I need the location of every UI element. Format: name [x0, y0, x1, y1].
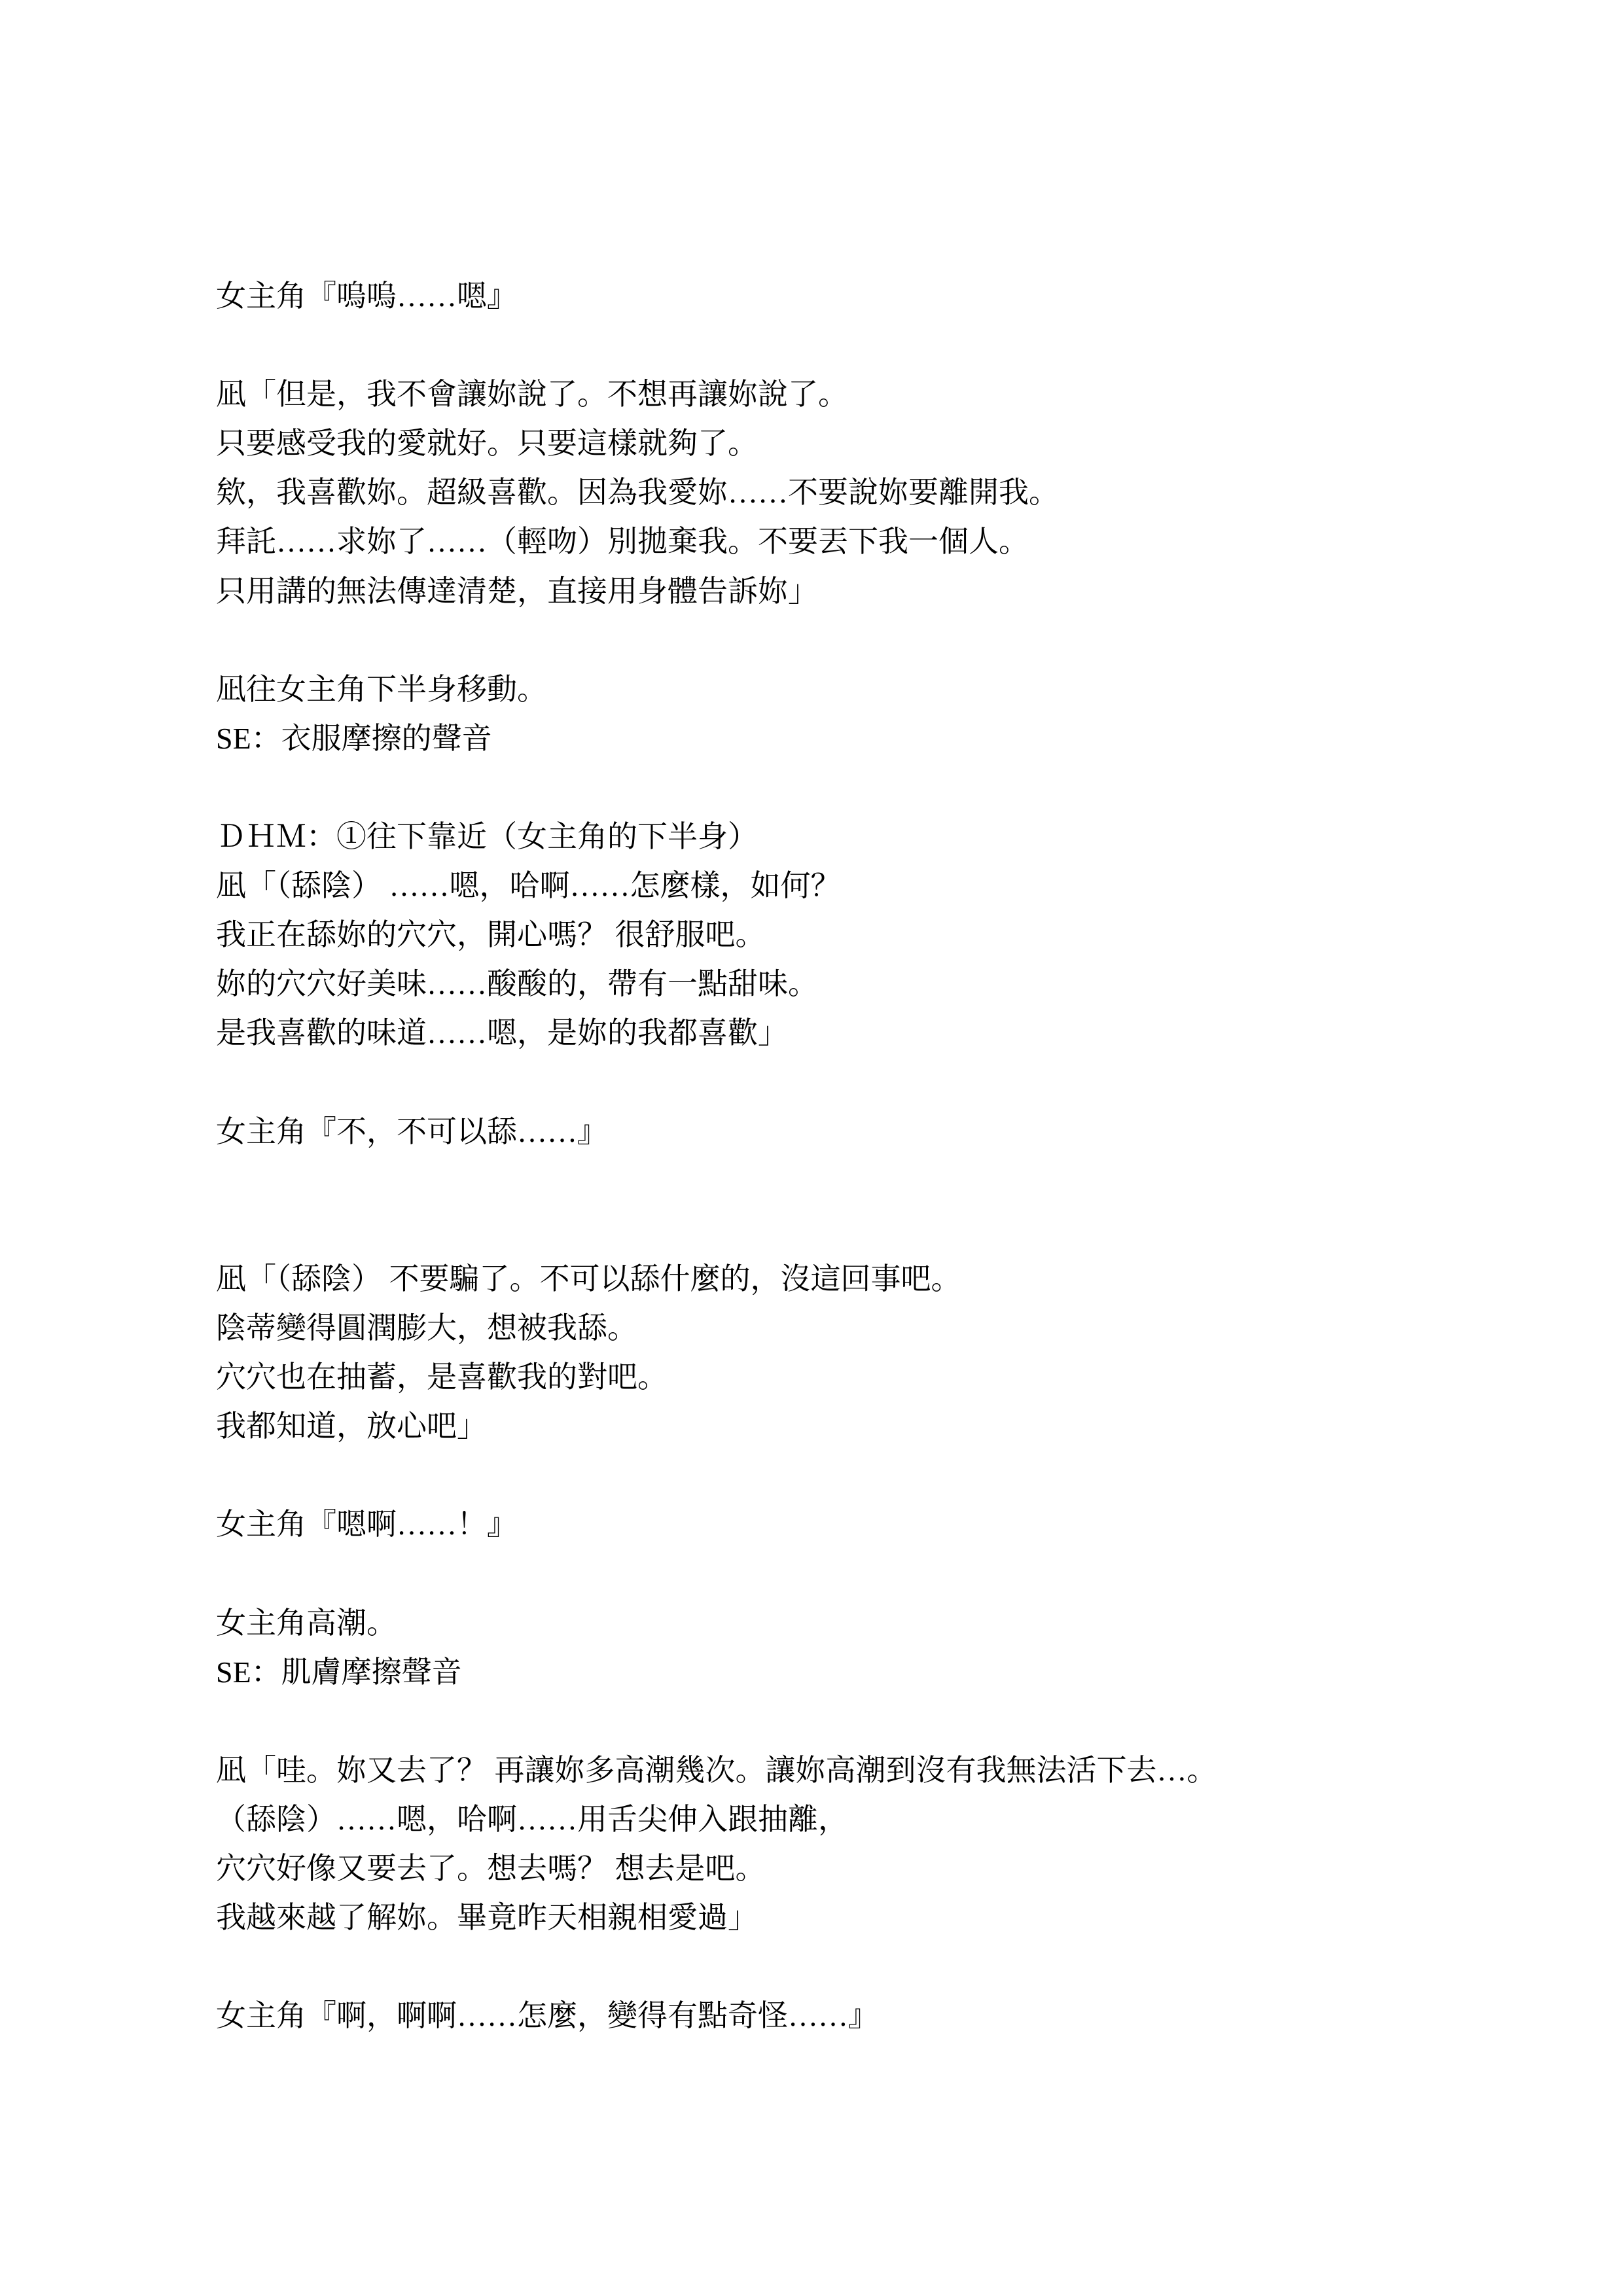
document-page: 女主角『嗚嗚……嗯』凪「但是，我不會讓妳說了。不想再讓妳說了。只要感受我的愛就好… [0, 0, 1623, 2296]
script-line: SE：衣服摩擦的聲音 [216, 714, 1492, 763]
script-line: 拜託……求妳了……（輕吻）別拋棄我。不要丟下我一個人。 [216, 517, 1492, 566]
script-line: 女主角『嗚嗚……嗯』 [216, 272, 1492, 321]
script-line: 凪「（舔陰） 不要騙了。不可以舔什麼的，沒這回事吧。 [216, 1254, 1492, 1303]
blank-line [216, 1205, 1492, 1254]
script-line: 穴穴也在抽蓄，是喜歡我的對吧。 [216, 1352, 1492, 1402]
script-line: 凪「但是，我不會讓妳說了。不想再讓妳說了。 [216, 370, 1492, 419]
script-line: 女主角『不，不可以舔……』 [216, 1107, 1492, 1156]
blank-line [216, 1156, 1492, 1205]
script-line: 我越來越了解妳。畢竟昨天相親相愛過」 [216, 1893, 1492, 1942]
blank-line [216, 763, 1492, 812]
script-line: 凪「哇。妳又去了？ 再讓妳多高潮幾次。讓妳高潮到沒有我無法活下去…。 [216, 1746, 1492, 1795]
script-line: 只要感受我的愛就好。只要這樣就夠了。 [216, 419, 1492, 468]
script-line: ＤＨＭ：①往下靠近（女主角的下半身） [216, 812, 1492, 861]
script-line: 是我喜歡的味道……嗯，是妳的我都喜歡」 [216, 1008, 1492, 1057]
script-line: 妳的穴穴好美味……酸酸的，帶有一點甜味。 [216, 959, 1492, 1008]
blank-line [216, 1058, 1492, 1107]
script-line: 我正在舔妳的穴穴，開心嗎？ 很舒服吧。 [216, 910, 1492, 959]
blank-line [216, 616, 1492, 665]
script-line: 女主角高潮。 [216, 1598, 1492, 1648]
script-line: 穴穴好像又要去了。想去嗎？ 想去是吧。 [216, 1844, 1492, 1893]
script-text-block: 女主角『嗚嗚……嗯』凪「但是，我不會讓妳說了。不想再讓妳說了。只要感受我的愛就好… [216, 272, 1492, 2040]
script-line: 只用講的無法傳達清楚，直接用身體告訴妳」 [216, 567, 1492, 616]
script-line: SE：肌膚摩擦聲音 [216, 1648, 1492, 1697]
blank-line [216, 321, 1492, 370]
script-line: （舔陰）……嗯，哈啊……用舌尖伸入跟抽離， [216, 1795, 1492, 1844]
script-line: 陰蒂變得圓潤膨大，想被我舔。 [216, 1303, 1492, 1352]
script-line: 欸，我喜歡妳。超級喜歡。因為我愛妳……不要說妳要離開我。 [216, 468, 1492, 517]
script-line: 女主角『嗯啊……！』 [216, 1500, 1492, 1549]
script-line: 我都知道，放心吧」 [216, 1402, 1492, 1451]
blank-line [216, 1697, 1492, 1746]
blank-line [216, 1549, 1492, 1598]
blank-line [216, 1942, 1492, 1991]
script-line: 凪往女主角下半身移動。 [216, 665, 1492, 714]
script-line: 女主角『啊，啊啊……怎麼，變得有點奇怪……』 [216, 1991, 1492, 2040]
blank-line [216, 1451, 1492, 1500]
script-line: 凪「（舔陰） ……嗯，哈啊……怎麼樣，如何？ [216, 861, 1492, 910]
